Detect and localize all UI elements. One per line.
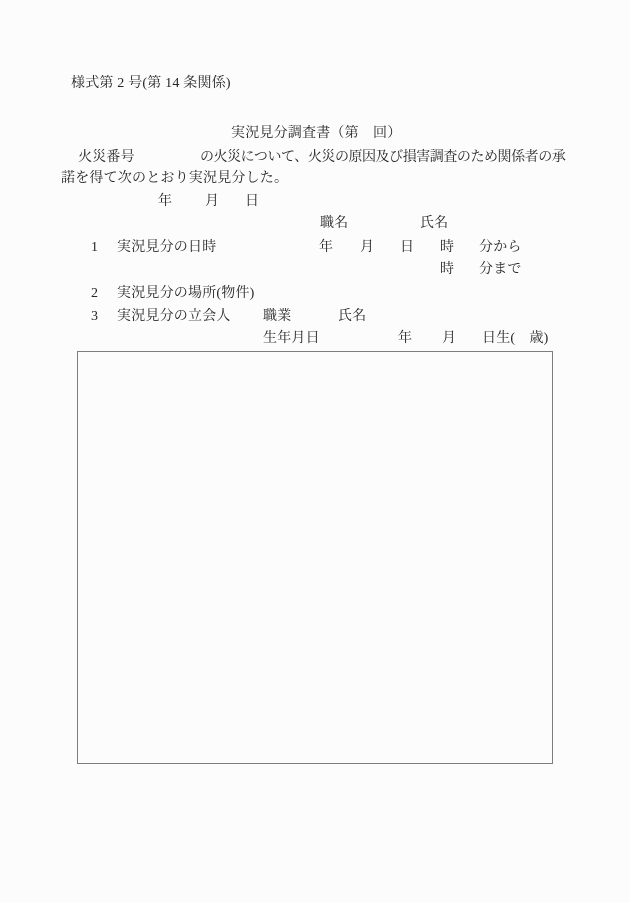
item2-label: 実況見分の場所(物件) [117,287,255,301]
item3-month-label: 月 [442,332,456,346]
document-page: 様式第 2 号(第 14 条関係) 実況見分調査書（第 回） 火災番号 の火災に… [0,0,630,903]
item1-label: 実況見分の日時 [117,241,216,255]
report-date-year-label: 年 [158,195,172,209]
item3-label: 実況見分の立会人 [117,310,231,324]
page-title: 実況見分調査書（第 回） [231,127,401,141]
officer-name-label: 氏名 [420,217,448,231]
report-date-day-label: 日 [245,195,259,209]
report-date-month-label: 月 [205,195,219,209]
item1-month-label: 月 [360,241,374,255]
item1-hour-to-label: 時 [440,263,454,277]
officer-title-label: 職名 [320,217,348,231]
item1-year-label: 年 [319,241,333,255]
form-number: 様式第 2 号(第 14 条関係) [71,77,231,91]
item1-minute-to-label: 分まで [479,263,522,277]
item3-number: 3 [91,310,98,324]
inspection-notes-area [77,351,553,764]
intro-line2: 諾を得て次のとおり実況見分した。 [61,172,288,186]
item3-born-age-label: 日生( 歳) [482,332,549,346]
item1-number: 1 [91,241,98,255]
item1-day-label: 日 [400,241,414,255]
item2-number: 2 [91,287,98,301]
fire-number-label: 火災番号 [78,151,135,165]
item3-occupation-label: 職業 [263,310,291,324]
item3-year-label: 年 [398,332,412,346]
item1-minute-from-label: 分から [479,241,522,255]
item3-name-label: 氏名 [338,310,366,324]
item1-hour-label: 時 [440,241,454,255]
intro-line1: の火災について、火災の原因及び損害調査のため関係者の承 [200,151,565,165]
item3-birthdate-label: 生年月日 [263,332,320,346]
